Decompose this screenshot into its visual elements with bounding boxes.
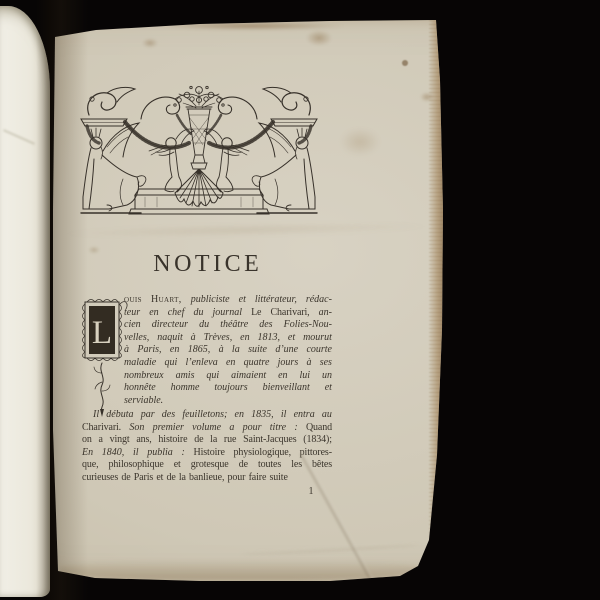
- drop-cap-initial-L: L: [79, 296, 126, 420]
- page-crease: [240, 543, 420, 555]
- stain: [306, 30, 332, 46]
- text-line: Charivari.Sonpremiervolumeapourtitre:Qua…: [82, 422, 332, 435]
- book-photo: NOTICE L ouisHuart,publicisteetlittérate…: [0, 0, 600, 600]
- stain: [402, 60, 408, 66]
- stain: [142, 38, 158, 48]
- text-line: maladiequil’enlevaenquatrejoursàses: [124, 357, 332, 370]
- text-line: ciendirecteurduthéâtredesFolies-Nou-: [124, 319, 332, 332]
- chapter-title: NOTICE: [82, 251, 330, 278]
- bottom-shadow: [60, 560, 420, 580]
- text-line: honnêtehommetoujoursbienveillantet: [124, 382, 332, 395]
- text-line: nombreuxamisquiaimaientenluiun: [124, 370, 332, 383]
- text-line: que,philosophiqueetgrotesquedetouteslesb…: [82, 459, 332, 472]
- paragraph-1: L ouisHuart,publicisteetlittérateur,réda…: [82, 294, 332, 407]
- text-line: curieusesdeParisetdelabanlieue,pourfaire…: [82, 472, 332, 485]
- text-line: ouisHuart,publicisteetlittérateur,rédac-: [124, 294, 332, 307]
- text-line: serviable.: [124, 395, 332, 408]
- paragraph-2: Ildébutapardesfeuilletons;en1835,ilentra…: [82, 409, 332, 485]
- stain: [420, 92, 434, 102]
- text-line: onavingtans,histoiredelarueSaint-Jacques…: [82, 434, 332, 447]
- book-page: NOTICE L ouisHuart,publicisteetlittérate…: [0, 0, 600, 600]
- flower-basket: [174, 86, 224, 169]
- text-line: Ildébutapardesfeuilletons;en1835,ilentra…: [82, 409, 332, 422]
- drop-cap-letter: L: [92, 315, 112, 351]
- page-number: 1: [296, 486, 326, 497]
- shell: [175, 169, 223, 207]
- text-line: velles,naquitàTrèves,en1813,etmourut: [124, 332, 332, 345]
- top-edge-stain: [160, 22, 345, 30]
- fore-edge: [429, 20, 444, 576]
- text-line: En1840,ilpublia:Histoirephysiologique,pi…: [82, 447, 332, 460]
- text-line: teurenchefdujournalLeCharivari,an-: [124, 307, 332, 320]
- headpiece-engraving: [79, 85, 319, 225]
- facing-page-curl: [0, 6, 50, 597]
- text-line: àParis,en1865,àlasuited’unecourte: [124, 344, 332, 357]
- stain: [340, 128, 380, 156]
- red-speck: [429, 544, 433, 550]
